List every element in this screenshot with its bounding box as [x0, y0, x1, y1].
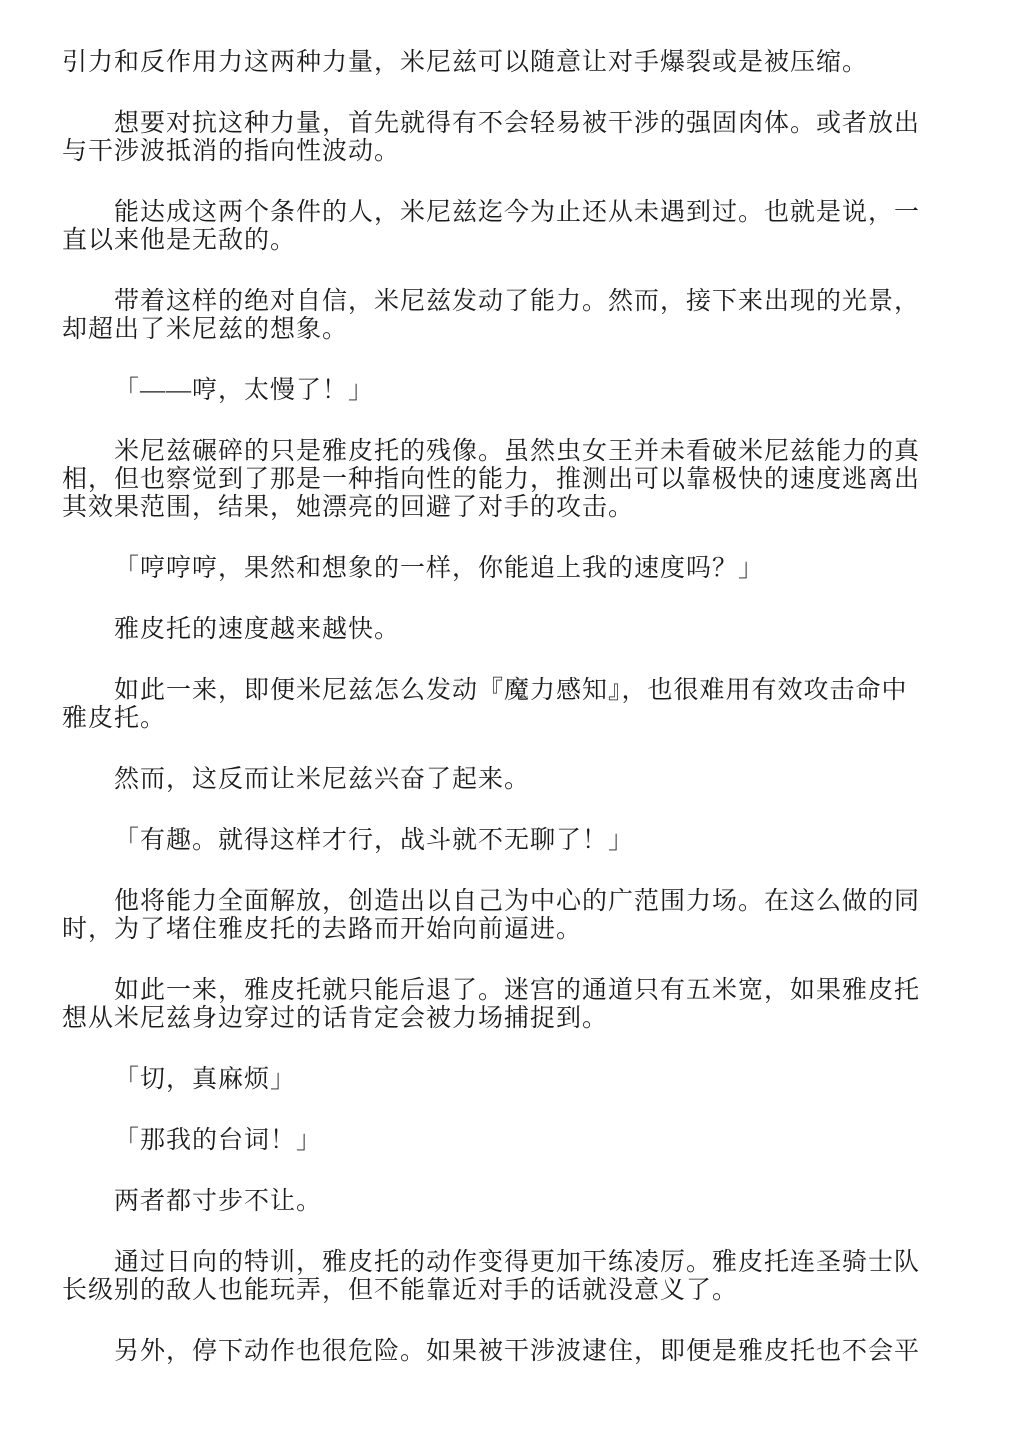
- paragraph: 「那我的台词！」: [62, 1127, 939, 1155]
- paragraph: 带着这样的绝对自信，米尼兹发动了能力。然而，接下来出现的光景，却超出了米尼兹的想…: [62, 288, 939, 344]
- text-line: 如此一来，雅皮托就只能后退了。迷宫的通道只有五米宽，如果雅皮托: [62, 977, 939, 1005]
- text-line: 引力和反作用力这两种力量，米尼兹可以随意让对手爆裂或是被压缩。: [62, 49, 939, 77]
- ebook-page: 引力和反作用力这两种力量，米尼兹可以随意让对手爆裂或是被压缩。想要对抗这种力量，…: [0, 0, 1017, 1437]
- text-line: 却超出了米尼兹的想象。: [62, 316, 939, 344]
- paragraph: 另外，停下动作也很危险。如果被干涉波逮住，即便是雅皮托也不会平: [62, 1338, 939, 1366]
- paragraph: 「哼哼哼，果然和想象的一样，你能追上我的速度吗？」: [62, 555, 939, 583]
- paragraph: 通过日向的特训，雅皮托的动作变得更加干练凌厉。雅皮托连圣骑士队长级别的敌人也能玩…: [62, 1249, 939, 1305]
- dialogue-line: 「切，真麻烦」: [62, 1066, 939, 1094]
- paragraph: 然而，这反而让米尼兹兴奋了起来。: [62, 766, 939, 794]
- paragraph: 如此一来，即便米尼兹怎么发动『魔力感知』，也很难用有效攻击命中雅皮托。: [62, 677, 939, 733]
- text-line: 通过日向的特训，雅皮托的动作变得更加干练凌厉。雅皮托连圣骑士队: [62, 1249, 939, 1277]
- text-line: 长级别的敌人也能玩弄，但不能靠近对手的话就没意义了。: [62, 1277, 939, 1305]
- dialogue-line: 「有趣。就得这样才行，战斗就不无聊了！」: [62, 827, 939, 855]
- dialogue-line: 「哼哼哼，果然和想象的一样，你能追上我的速度吗？」: [62, 555, 939, 583]
- text-line: 其效果范围，结果，她漂亮的回避了对手的攻击。: [62, 494, 939, 522]
- text-line: 两者都寸步不让。: [62, 1188, 939, 1216]
- paragraph: 「有趣。就得这样才行，战斗就不无聊了！」: [62, 827, 939, 855]
- text-line: 另外，停下动作也很危险。如果被干涉波逮住，即便是雅皮托也不会平: [62, 1338, 939, 1366]
- text-line: 时，为了堵住雅皮托的去路而开始向前逼进。: [62, 916, 939, 944]
- text-line: 相，但也察觉到了那是一种指向性的能力，推测出可以靠极快的速度逃离出: [62, 466, 939, 494]
- text-line: 想要对抗这种力量，首先就得有不会轻易被干涉的强固肉体。或者放出: [62, 110, 939, 138]
- text-line: 米尼兹碾碎的只是雅皮托的残像。虽然虫女王并未看破米尼兹能力的真: [62, 438, 939, 466]
- paragraph: 两者都寸步不让。: [62, 1188, 939, 1216]
- paragraph: 米尼兹碾碎的只是雅皮托的残像。虽然虫女王并未看破米尼兹能力的真相，但也察觉到了那…: [62, 438, 939, 522]
- text-line: 然而，这反而让米尼兹兴奋了起来。: [62, 766, 939, 794]
- dialogue-line: 「——哼，太慢了！」: [62, 377, 939, 405]
- text-line: 带着这样的绝对自信，米尼兹发动了能力。然而，接下来出现的光景，: [62, 288, 939, 316]
- text-line: 他将能力全面解放，创造出以自己为中心的广范围力场。在这么做的同: [62, 888, 939, 916]
- text-line: 能达成这两个条件的人，米尼兹迄今为止还从未遇到过。也就是说，一: [62, 199, 939, 227]
- text-line: 雅皮托。: [62, 705, 939, 733]
- text-line: 直以来他是无敌的。: [62, 227, 939, 255]
- text-line: 想从米尼兹身边穿过的话肯定会被力场捕捉到。: [62, 1005, 939, 1033]
- dialogue-line: 「那我的台词！」: [62, 1127, 939, 1155]
- paragraph: 雅皮托的速度越来越快。: [62, 616, 939, 644]
- paragraph: 如此一来，雅皮托就只能后退了。迷宫的通道只有五米宽，如果雅皮托想从米尼兹身边穿过…: [62, 977, 939, 1033]
- text-body: 引力和反作用力这两种力量，米尼兹可以随意让对手爆裂或是被压缩。想要对抗这种力量，…: [62, 49, 939, 1366]
- paragraph: 「——哼，太慢了！」: [62, 377, 939, 405]
- text-line: 雅皮托的速度越来越快。: [62, 616, 939, 644]
- paragraph: 引力和反作用力这两种力量，米尼兹可以随意让对手爆裂或是被压缩。: [62, 49, 939, 77]
- paragraph: 「切，真麻烦」: [62, 1066, 939, 1094]
- paragraph: 能达成这两个条件的人，米尼兹迄今为止还从未遇到过。也就是说，一直以来他是无敌的。: [62, 199, 939, 255]
- paragraph: 他将能力全面解放，创造出以自己为中心的广范围力场。在这么做的同时，为了堵住雅皮托…: [62, 888, 939, 944]
- text-line: 与干涉波抵消的指向性波动。: [62, 138, 939, 166]
- text-line: 如此一来，即便米尼兹怎么发动『魔力感知』，也很难用有效攻击命中: [62, 677, 939, 705]
- paragraph: 想要对抗这种力量，首先就得有不会轻易被干涉的强固肉体。或者放出与干涉波抵消的指向…: [62, 110, 939, 166]
